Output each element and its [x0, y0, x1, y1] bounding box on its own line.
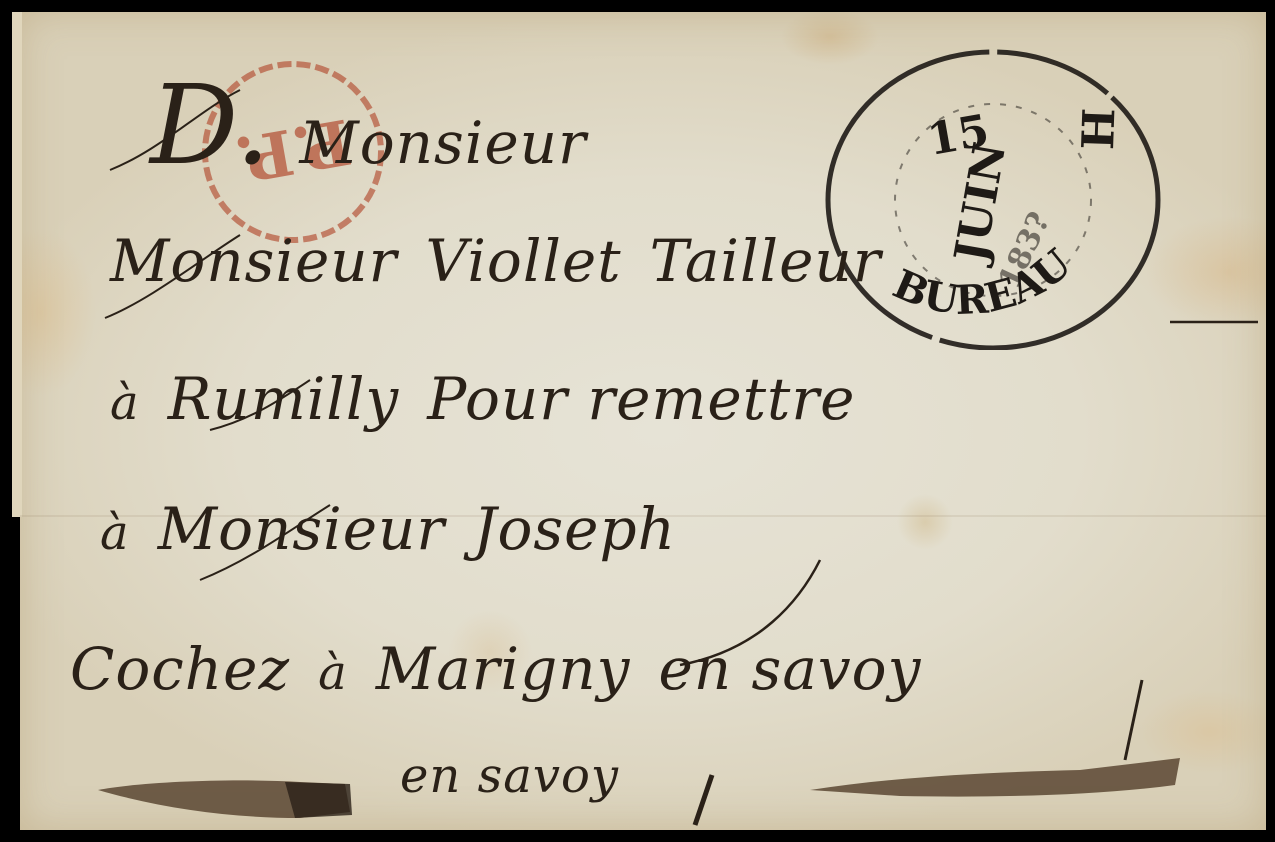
forwarding-instruction: Pour remettre [427, 370, 855, 428]
recipient-surname: Cochez [70, 640, 290, 698]
town-name: Rumilly [168, 370, 399, 428]
date-postmark: 15 JUIN 183? BUREAU H [815, 40, 1165, 350]
preposition-a: à [110, 379, 140, 427]
addressee-title: Monsieur [299, 114, 586, 172]
destination-town: Marigny [376, 640, 631, 698]
addressee-occupation: Tailleur [650, 232, 882, 290]
destination-region: en savoy [658, 640, 921, 698]
address-line-1: D. Monsieur [150, 70, 587, 180]
destination-region-repeat: en savoy [400, 752, 619, 800]
recipient-salutation: Monsieur [158, 500, 445, 558]
bureau-letter: H [1073, 107, 1125, 150]
address-line-6: en savoy [400, 752, 619, 800]
address-line-3: à Rumilly Pour remettre [110, 370, 855, 428]
address-line-2: Monsieur Viollet Tailleur [110, 232, 881, 290]
preposition-a-2: à [100, 509, 130, 557]
recipient-name: Joseph [473, 500, 676, 558]
address-line-4: à Monsieur Joseph [100, 500, 676, 558]
addressee-name: Viollet [425, 232, 621, 290]
addressee-salutation: Monsieur [110, 232, 397, 290]
paper-edge-notch [12, 12, 22, 517]
address-prefix: D. [150, 70, 271, 180]
address-line-5: Cochez à Marigny en savoy [70, 640, 921, 698]
preposition-a-3: à [318, 649, 348, 697]
